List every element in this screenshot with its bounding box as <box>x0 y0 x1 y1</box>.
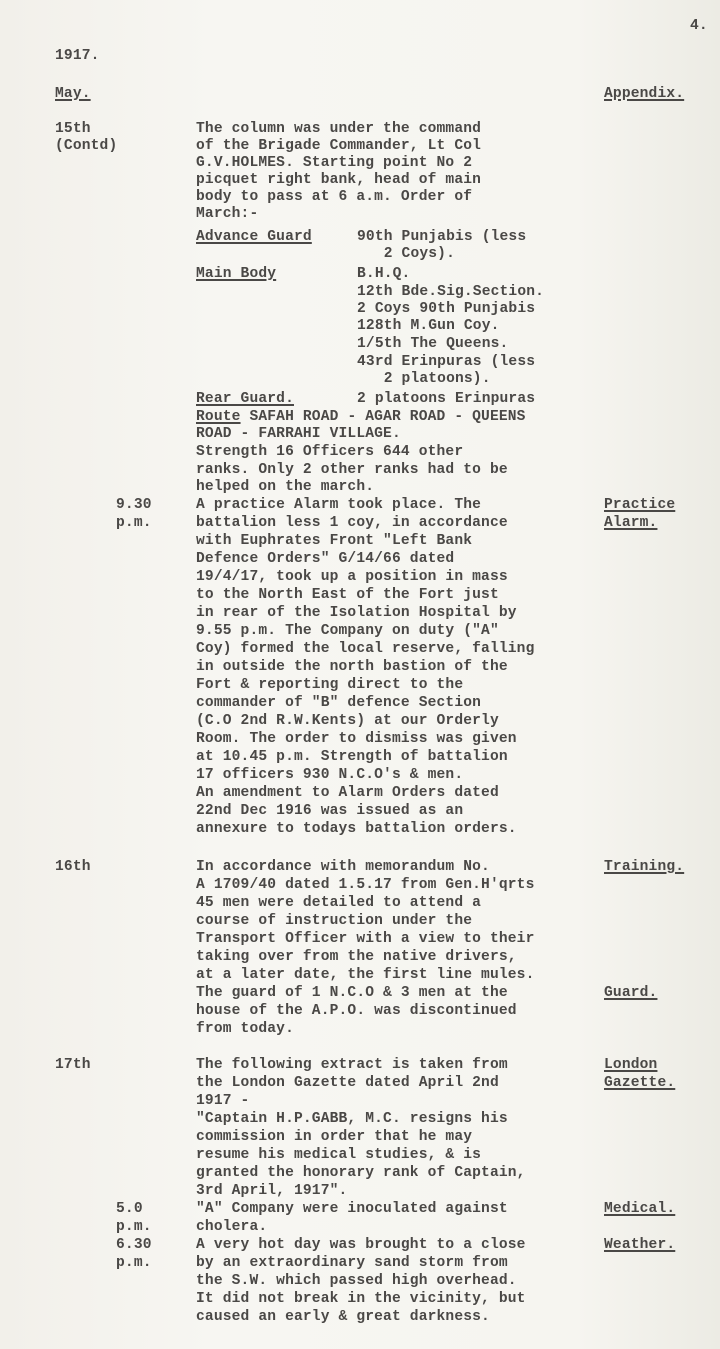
entry-line: The column was under the command <box>196 121 481 138</box>
advance-guard-unit: 2 Coys). <box>357 246 455 263</box>
entry-line: The guard of 1 N.C.O & 3 men at the <box>196 985 508 1002</box>
entry-date: 15th <box>55 121 91 138</box>
entry-line: at a later date, the first line mules. <box>196 967 535 984</box>
entry-time: 5.0 <box>116 1201 143 1218</box>
route-line: Route SAFAH ROAD - AGAR ROAD - QUEENS <box>196 409 526 426</box>
entry-line: Room. The order to dismiss was given <box>196 731 517 748</box>
main-body-unit: 2 Coys 90th Punjabis <box>357 301 535 318</box>
page-number: 4. <box>690 18 708 35</box>
route-label: Route <box>196 409 241 425</box>
main-body-unit: 12th Bde.Sig.Section. <box>357 284 544 301</box>
entry-time: p.m. <box>116 515 152 532</box>
appendix-note: Practice <box>604 497 675 514</box>
entry-date-contd: (Contd) <box>55 138 117 155</box>
entry-line: helped on the march. <box>196 479 374 496</box>
entry-line: body to pass at 6 a.m. Order of <box>196 189 472 206</box>
entry-line: picquet right bank, head of main <box>196 172 481 189</box>
appendix-note: Medical. <box>604 1201 675 1218</box>
entry-line: 22nd Dec 1916 was issued as an <box>196 803 463 820</box>
advance-guard-unit: 90th Punjabis (less <box>357 229 526 246</box>
main-body-unit: 1/5th The Queens. <box>357 336 508 353</box>
entry-line: 9.55 p.m. The Company on duty ("A" <box>196 623 499 640</box>
entry-line: in rear of the Isolation Hospital by <box>196 605 517 622</box>
entry-line: battalion less 1 coy, in accordance <box>196 515 508 532</box>
entry-line: commission in order that he may <box>196 1129 472 1146</box>
entry-line: to the North East of the Fort just <box>196 587 499 604</box>
entry-line: 17 officers 930 N.C.O's & men. <box>196 767 463 784</box>
entry-line: commander of "B" defence Section <box>196 695 481 712</box>
main-body-unit: 43rd Erinpuras (less <box>357 354 535 371</box>
entry-line: taking over from the native drivers, <box>196 949 517 966</box>
main-body-unit: 128th M.Gun Coy. <box>357 318 500 335</box>
rear-guard-label: Rear Guard. <box>196 391 294 408</box>
war-diary-page: 4. 1917. May. Appendix. 15th (Contd) The… <box>0 0 720 1349</box>
entry-line: Defence Orders" G/14/66 dated <box>196 551 454 568</box>
entry-line: A 1709/40 dated 1.5.17 from Gen.H'qrts <box>196 877 535 894</box>
entry-line: of the Brigade Commander, Lt Col <box>196 138 481 155</box>
rear-guard-unit: 2 platoons Erinpuras <box>357 391 535 408</box>
entry-line: from today. <box>196 1021 294 1038</box>
entry-line: G.V.HOLMES. Starting point No 2 <box>196 155 472 172</box>
entry-line: with Euphrates Front "Left Bank <box>196 533 472 550</box>
entry-line: The following extract is taken from <box>196 1057 508 1074</box>
entry-line: It did not break in the vicinity, but <box>196 1291 526 1308</box>
entry-line: March:- <box>196 206 258 223</box>
entry-line: 45 men were detailed to attend a <box>196 895 481 912</box>
entry-line: An amendment to Alarm Orders dated <box>196 785 499 802</box>
entry-line: In accordance with memorandum No. <box>196 859 490 876</box>
appendix-note: Guard. <box>604 985 657 1002</box>
entry-time: p.m. <box>116 1255 152 1272</box>
advance-guard-label: Advance Guard <box>196 229 312 246</box>
entry-line: Strength 16 Officers 644 other <box>196 444 463 461</box>
entry-time: p.m. <box>116 1219 152 1236</box>
entry-line: resume his medical studies, & is <box>196 1147 481 1164</box>
entry-time: 6.30 <box>116 1237 152 1254</box>
entry-line: "Captain H.P.GABB, M.C. resigns his <box>196 1111 508 1128</box>
entry-line: caused an early & great darkness. <box>196 1309 490 1326</box>
entry-line: Fort & reporting direct to the <box>196 677 463 694</box>
entry-line: house of the A.P.O. was discontinued <box>196 1003 517 1020</box>
entry-line: the London Gazette dated April 2nd <box>196 1075 499 1092</box>
appendix-note: Training. <box>604 859 684 876</box>
entry-line: at 10.45 p.m. Strength of battalion <box>196 749 508 766</box>
entry-line: in outside the north bastion of the <box>196 659 508 676</box>
main-body-unit: B.H.Q. <box>357 266 410 283</box>
month-heading: May. <box>55 86 91 103</box>
appendix-note: Weather. <box>604 1237 675 1254</box>
entry-line: A very hot day was brought to a close <box>196 1237 526 1254</box>
entry-line: course of instruction under the <box>196 913 472 930</box>
entry-line: granted the honorary rank of Captain, <box>196 1165 526 1182</box>
entry-line: 3rd April, 1917". <box>196 1183 347 1200</box>
appendix-note: Alarm. <box>604 515 657 532</box>
entry-date: 16th <box>55 859 91 876</box>
entry-line: (C.O 2nd R.W.Kents) at our Orderly <box>196 713 499 730</box>
route-line: ROAD - FARRAHI VILLAGE. <box>196 426 401 443</box>
appendix-note: London <box>604 1057 657 1074</box>
appendix-heading: Appendix. <box>604 86 684 103</box>
entry-line: Transport Officer with a view to their <box>196 931 535 948</box>
entry-line: the S.W. which passed high overhead. <box>196 1273 517 1290</box>
entry-line: 19/4/17, took up a position in mass <box>196 569 508 586</box>
entry-line: 1917 - <box>196 1093 249 1110</box>
entry-line: Coy) formed the local reserve, falling <box>196 641 535 658</box>
year-heading: 1917. <box>55 48 100 65</box>
entry-line: annexure to todays battalion orders. <box>196 821 517 838</box>
entry-line: cholera. <box>196 1219 267 1236</box>
entry-line: "A" Company were inoculated against <box>196 1201 508 1218</box>
entry-date: 17th <box>55 1057 91 1074</box>
entry-line: by an extraordinary sand storm from <box>196 1255 508 1272</box>
appendix-note: Gazette. <box>604 1075 675 1092</box>
main-body-unit: 2 platoons). <box>357 371 491 388</box>
entry-time: 9.30 <box>116 497 152 514</box>
entry-line: A practice Alarm took place. The <box>196 497 481 514</box>
main-body-label: Main Body <box>196 266 276 283</box>
entry-line: ranks. Only 2 other ranks had to be <box>196 462 508 479</box>
route-text: SAFAH ROAD - AGAR ROAD - QUEENS <box>241 409 526 425</box>
